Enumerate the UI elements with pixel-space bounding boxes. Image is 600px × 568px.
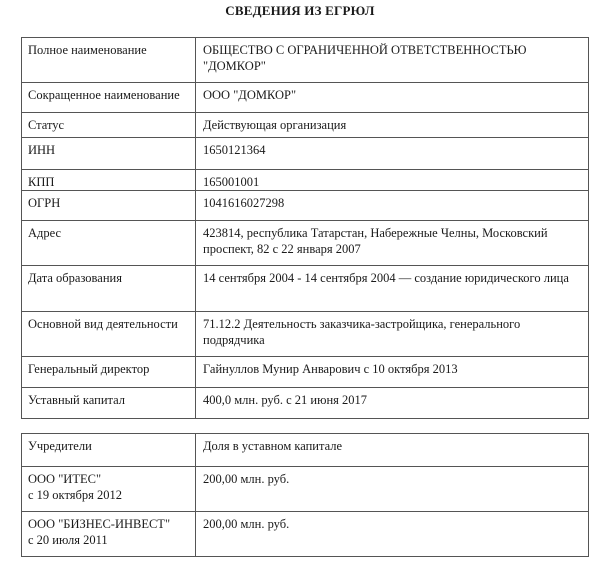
row-label: Сокращенное наименование (22, 83, 196, 113)
row-value: ОБЩЕСТВО С ОГРАНИЧЕННОЙ ОТВЕТСТВЕННОСТЬЮ… (196, 38, 589, 83)
row-value: 71.12.2 Деятельность заказчика-застройщи… (196, 312, 589, 357)
page-title: СВЕДЕНИЯ ИЗ ЕГРЮЛ (0, 3, 600, 19)
row-label: Дата образования (22, 266, 196, 312)
founders-header-row: Учредители Доля в уставном капитале (22, 434, 589, 467)
founder-since: с 20 июля 2011 (28, 532, 191, 548)
row-label: Адрес (22, 221, 196, 266)
founder-cell: ООО "ИТЕС" с 19 октября 2012 (22, 467, 196, 512)
founder-name: ООО "БИЗНЕС-ИНВЕСТ" (28, 516, 191, 532)
row-label: ИНН (22, 138, 196, 170)
founder-row: ООО "БИЗНЕС-ИНВЕСТ" с 20 июля 2011 200,0… (22, 512, 589, 557)
table-row-inn: ИНН 1650121364 (22, 138, 589, 170)
table-row-kpp: КПП 165001001 (22, 170, 589, 191)
founder-cell: ООО "БИЗНЕС-ИНВЕСТ" с 20 июля 2011 (22, 512, 196, 557)
founder-name: ООО "ИТЕС" (28, 471, 191, 487)
row-label: Основной вид деятельности (22, 312, 196, 357)
table-row-main-activity: Основной вид деятельности 71.12.2 Деятел… (22, 312, 589, 357)
row-value: 423814, республика Татарстан, Набережные… (196, 221, 589, 266)
founder-since: с 19 октября 2012 (28, 487, 191, 503)
row-value: Гайнуллов Мунир Анварович с 10 октября 2… (196, 357, 589, 388)
founder-share: 200,00 млн. руб. (196, 512, 589, 557)
founder-row: ООО "ИТЕС" с 19 октября 2012 200,00 млн.… (22, 467, 589, 512)
row-label: Статус (22, 113, 196, 138)
row-label: КПП (22, 170, 196, 191)
table-row-status: Статус Действующая организация (22, 113, 589, 138)
table-row-authorized-capital: Уставный капитал 400,0 млн. руб. с 21 ию… (22, 388, 589, 419)
table-row-address: Адрес 423814, республика Татарстан, Набе… (22, 221, 589, 266)
table-row-ogrn: ОГРН 1041616027298 (22, 191, 589, 221)
founder-share: 200,00 млн. руб. (196, 467, 589, 512)
row-value: 14 сентября 2004 - 14 сентября 2004 — со… (196, 266, 589, 312)
row-label: Генеральный директор (22, 357, 196, 388)
table-row-founding-date: Дата образования 14 сентября 2004 - 14 с… (22, 266, 589, 312)
row-value: Действующая организация (196, 113, 589, 138)
column-header-share: Доля в уставном капитале (196, 434, 589, 467)
column-header-founders: Учредители (22, 434, 196, 467)
row-value: ООО "ДОМКОР" (196, 83, 589, 113)
row-value: 1041616027298 (196, 191, 589, 221)
founders-table: Учредители Доля в уставном капитале ООО … (21, 433, 589, 557)
table-row-general-director: Генеральный директор Гайнуллов Мунир Анв… (22, 357, 589, 388)
table-row-short-name: Сокращенное наименование ООО "ДОМКОР" (22, 83, 589, 113)
row-value: 165001001 (196, 170, 589, 191)
row-value: 1650121364 (196, 138, 589, 170)
row-label: Уставный капитал (22, 388, 196, 419)
row-label: Полное наименование (22, 38, 196, 83)
row-label: ОГРН (22, 191, 196, 221)
row-value: 400,0 млн. руб. с 21 июня 2017 (196, 388, 589, 419)
egrul-info-table: Полное наименование ОБЩЕСТВО С ОГРАНИЧЕН… (21, 37, 589, 419)
table-row-full-name: Полное наименование ОБЩЕСТВО С ОГРАНИЧЕН… (22, 38, 589, 83)
